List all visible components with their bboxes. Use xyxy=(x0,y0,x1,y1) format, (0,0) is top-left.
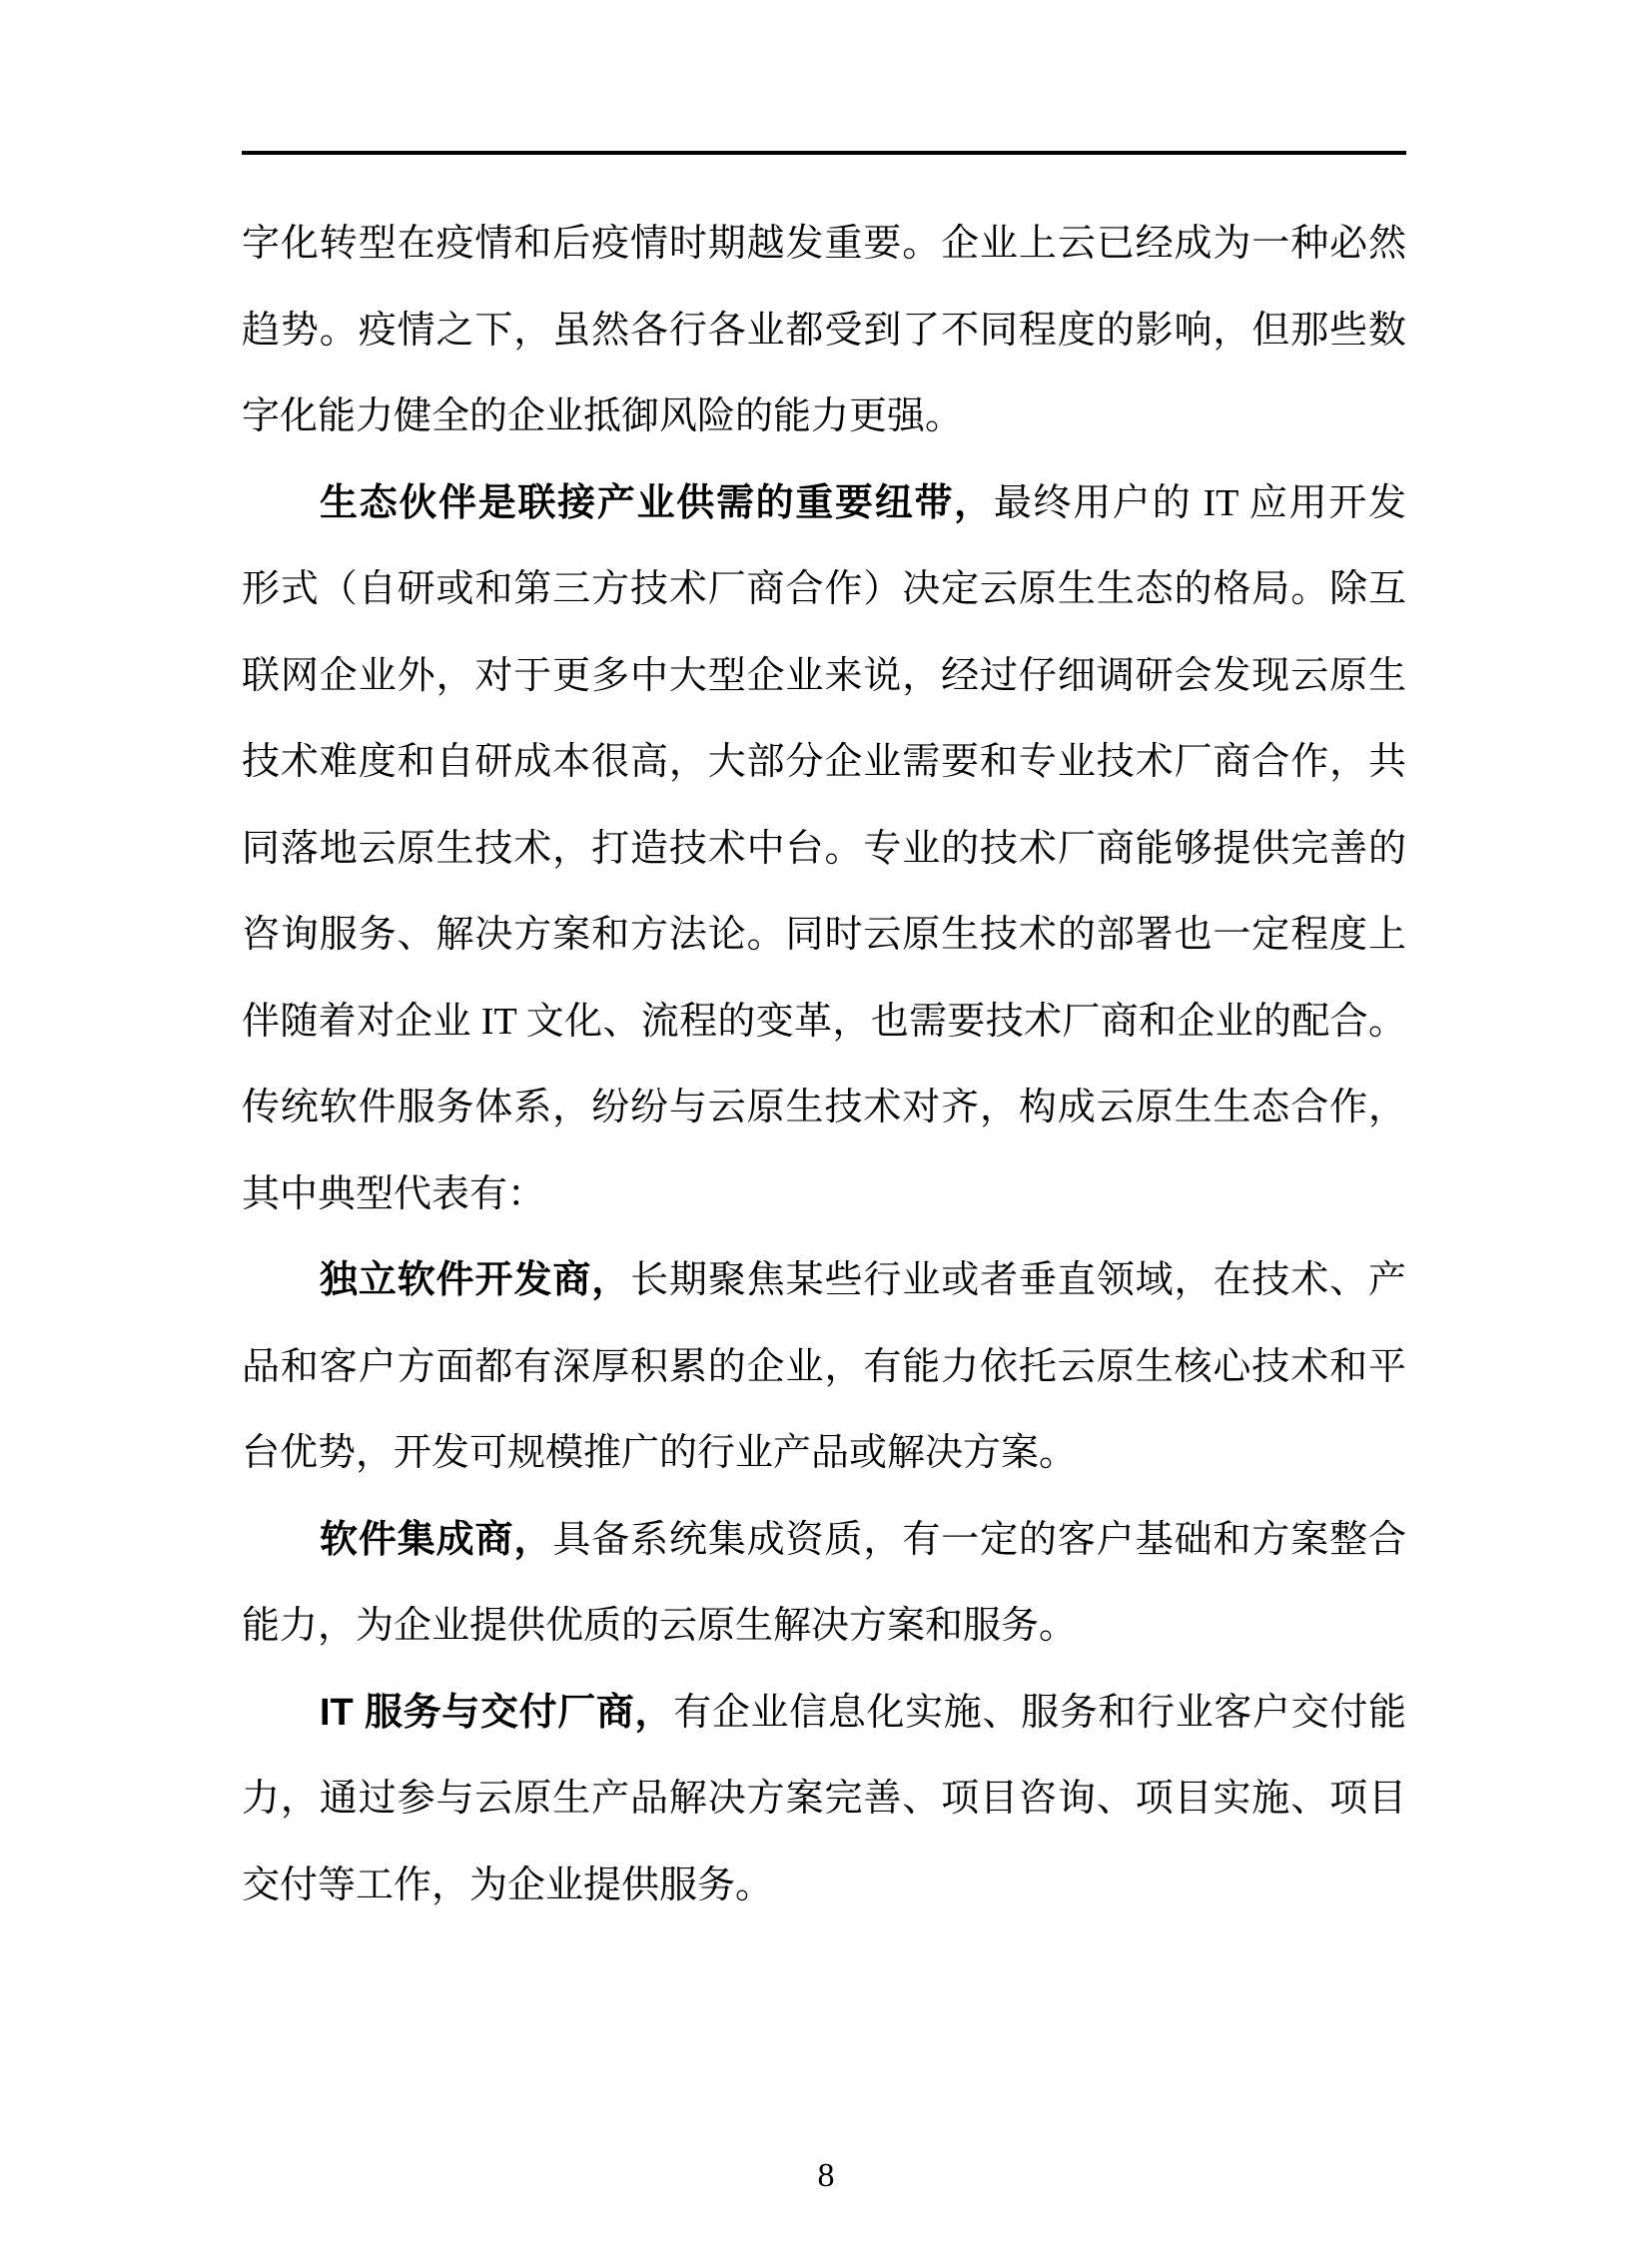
text-line: 联网企业外，对于更多中大型企业来说，经过仔细调研会发现云原生 xyxy=(242,633,1406,720)
text-run: 传统软件服务体系，纷纷与云原生技术对齐，构成云原生生态合作， xyxy=(242,1087,1406,1128)
text-line: 独立软件开发商，长期聚焦某些行业或者垂直领域，在技术、产 xyxy=(242,1237,1406,1324)
text-run: 其中典型代表有： xyxy=(242,1173,545,1215)
text-line: 能力，为企业提供优质的云原生解决方案和服务。 xyxy=(242,1583,1406,1670)
text-line: 字化能力健全的企业抵御风险的能力更强。 xyxy=(242,374,1406,460)
text-line: 交付等工作，为企业提供服务。 xyxy=(242,1843,1406,1929)
body-text: 字化转型在疫情和后疫情时期越发重要。企业上云已经成为一种必然趋势。疫情之下，虽然… xyxy=(242,201,1406,1928)
text-run: 有企业信息化实施、服务和行业客户交付能 xyxy=(673,1692,1406,1734)
text-run: 字化能力健全的企业抵御风险的能力更强。 xyxy=(242,395,963,437)
text-run-bold: 软件集成商， xyxy=(320,1519,552,1561)
text-line: 形式（自研或和第三方技术厂商合作）决定云原生生态的格局。除互 xyxy=(242,546,1406,633)
text-run: 品和客户方面都有深厚积累的企业，有能力依托云原生核心技术和平 xyxy=(242,1346,1406,1388)
text-line: 生态伙伴是联接产业供需的重要纽带，最终用户的 IT 应用开发 xyxy=(242,460,1406,547)
text-line: 传统软件服务体系，纷纷与云原生技术对齐，构成云原生生态合作， xyxy=(242,1065,1406,1151)
text-run: 具备系统集成资质，有一定的客户基础和方案整合 xyxy=(552,1519,1406,1561)
text-run: 技术难度和自研成本很高，大部分企业需要和专业技术厂商合作，共 xyxy=(242,741,1406,783)
header-rule xyxy=(242,151,1406,155)
text-run: 同落地云原生技术，打造技术中台。专业的技术厂商能够提供完善的 xyxy=(242,828,1406,870)
text-line: 同落地云原生技术，打造技术中台。专业的技术厂商能够提供完善的 xyxy=(242,806,1406,893)
text-line: 其中典型代表有： xyxy=(242,1151,1406,1238)
text-line: 咨询服务、解决方案和方法论。同时云原生技术的部署也一定程度上 xyxy=(242,892,1406,979)
text-run: 最终用户的 IT 应用开发 xyxy=(994,482,1406,524)
text-line: 趋势。疫情之下，虽然各行各业都受到了不同程度的影响，但那些数 xyxy=(242,288,1406,374)
text-run: 趋势。疫情之下，虽然各行各业都受到了不同程度的影响，但那些数 xyxy=(242,310,1406,352)
text-run: 字化转型在疫情和后疫情时期越发重要。企业上云已经成为一种必然 xyxy=(242,223,1406,265)
text-run: 形式（自研或和第三方技术厂商合作）决定云原生生态的格局。除互 xyxy=(242,568,1406,610)
text-run: 联网企业外，对于更多中大型企业来说，经过仔细调研会发现云原生 xyxy=(242,655,1406,697)
text-line: 台优势，开发可规模推广的行业产品或解决方案。 xyxy=(242,1410,1406,1497)
page-number: 8 xyxy=(818,2157,835,2194)
text-run-bold: 独立软件开发商， xyxy=(320,1259,630,1301)
text-run-bold: IT 服务与交付厂商， xyxy=(320,1692,673,1734)
text-line: 品和客户方面都有深厚积累的企业，有能力依托云原生核心技术和平 xyxy=(242,1324,1406,1411)
text-line: 技术难度和自研成本很高，大部分企业需要和专业技术厂商合作，共 xyxy=(242,719,1406,806)
text-run: 咨询服务、解决方案和方法论。同时云原生技术的部署也一定程度上 xyxy=(242,914,1406,956)
text-line: 伴随着对企业 IT 文化、流程的变革，也需要技术厂商和企业的配合。 xyxy=(242,979,1406,1066)
text-run: 能力，为企业提供优质的云原生解决方案和服务。 xyxy=(242,1605,1077,1647)
page-footer: 8 xyxy=(0,2155,1652,2197)
text-run-bold: 生态伙伴是联接产业供需的重要纽带， xyxy=(320,482,994,524)
text-run: 力，通过参与云原生产品解决方案完善、项目咨询、项目实施、项目 xyxy=(242,1778,1406,1820)
text-line: 力，通过参与云原生产品解决方案完善、项目咨询、项目实施、项目 xyxy=(242,1756,1406,1843)
text-run: 台优势，开发可规模推广的行业产品或解决方案。 xyxy=(242,1432,1077,1474)
text-run: 长期聚焦某些行业或者垂直领域，在技术、产 xyxy=(630,1259,1406,1301)
text-run: 交付等工作，为企业提供服务。 xyxy=(242,1865,773,1906)
document-page: 字化转型在疫情和后疫情时期越发重要。企业上云已经成为一种必然趋势。疫情之下，虽然… xyxy=(0,0,1652,2242)
text-line: 软件集成商，具备系统集成资质，有一定的客户基础和方案整合 xyxy=(242,1497,1406,1584)
text-run: 伴随着对企业 IT 文化、流程的变革，也需要技术厂商和企业的配合。 xyxy=(242,1001,1406,1043)
text-line: 字化转型在疫情和后疫情时期越发重要。企业上云已经成为一种必然 xyxy=(242,201,1406,288)
text-line: IT 服务与交付厂商，有企业信息化实施、服务和行业客户交付能 xyxy=(242,1670,1406,1757)
